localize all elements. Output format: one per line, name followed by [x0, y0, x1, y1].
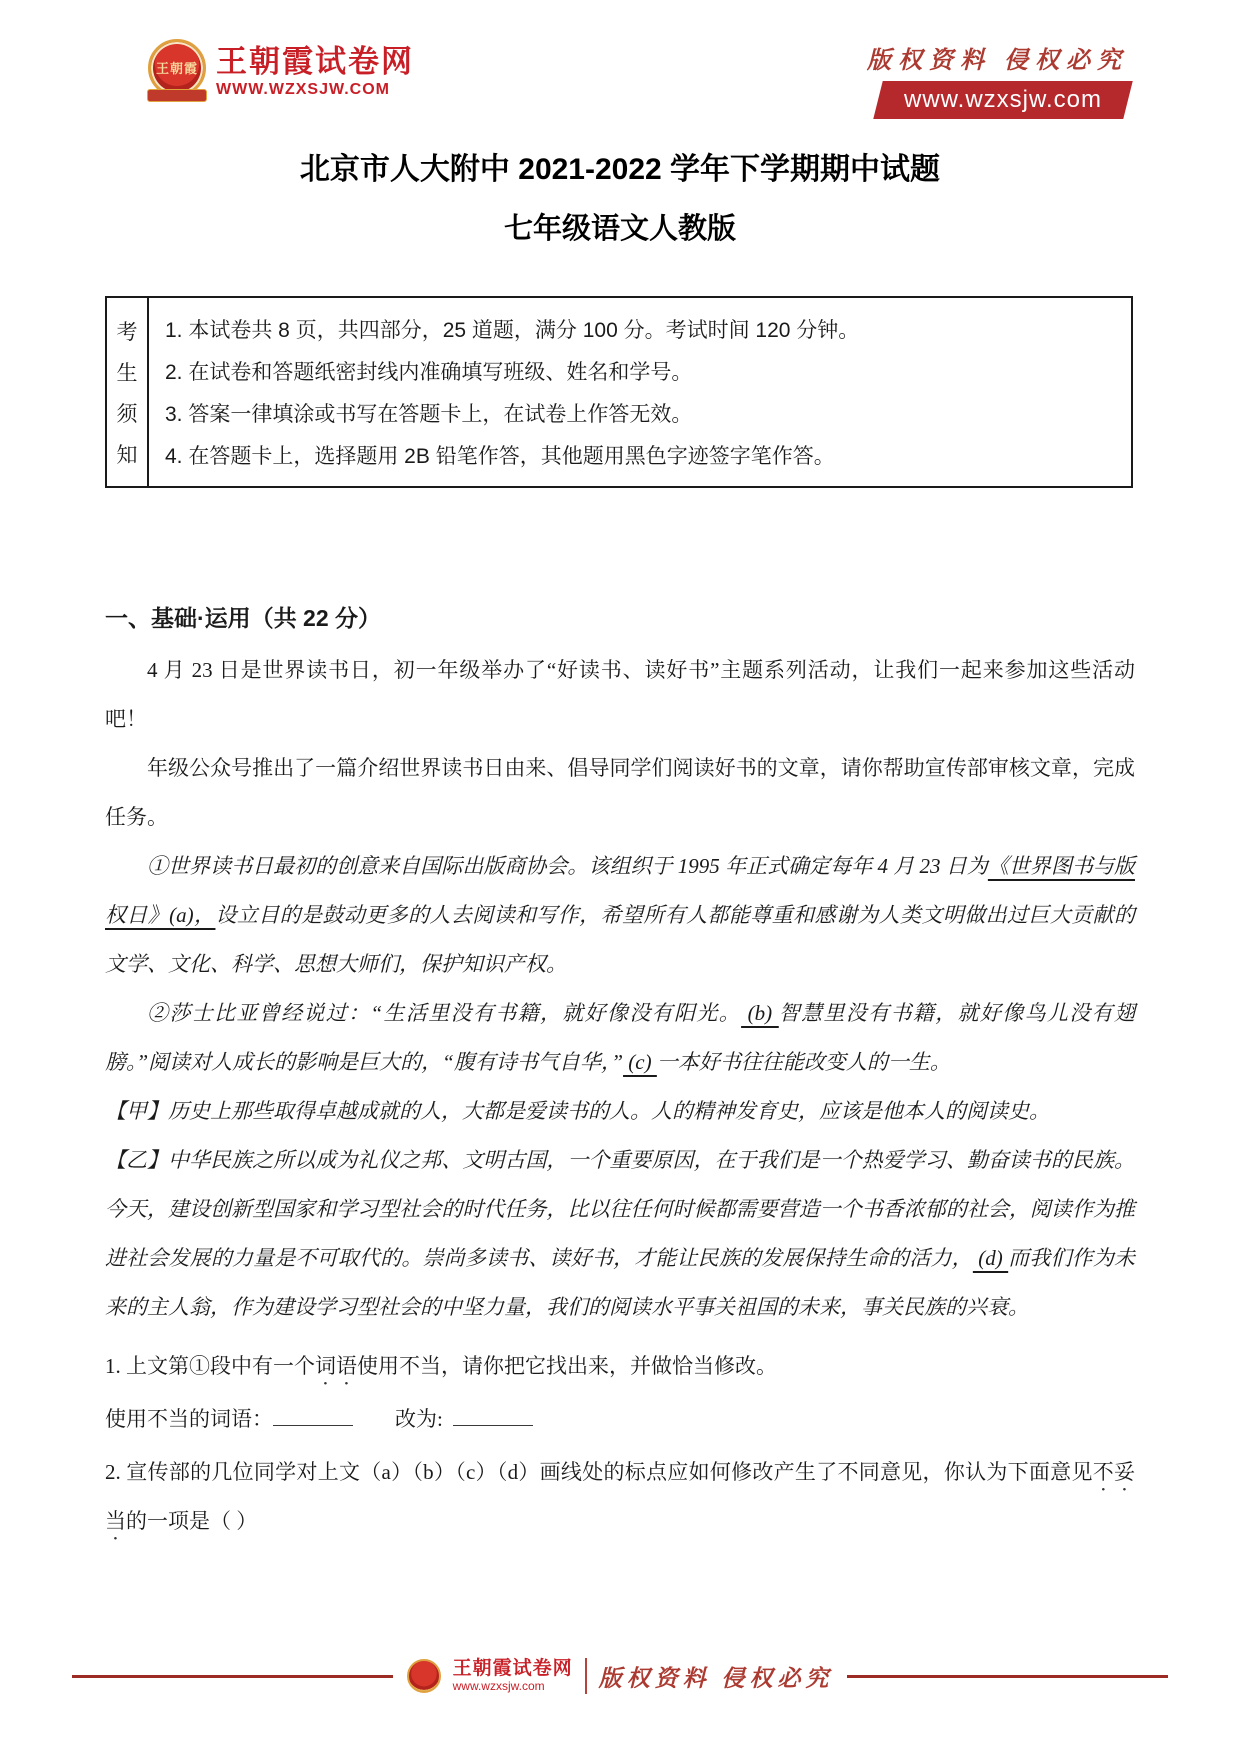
- url-banner-text: www.wzxsjw.com: [904, 86, 1102, 114]
- copyright-block: 版权资料 侵权必究 www.wzxsjw.com: [867, 36, 1128, 119]
- notice-label-char: 须: [117, 398, 138, 428]
- footer-brand-name: 王朝霞试卷网: [453, 1659, 573, 1680]
- section-heading: 一、基础·运用（共 22 分）: [105, 598, 1135, 638]
- notice-label-char: 生: [117, 357, 138, 387]
- question-2: 2. 宣传部的几位同学对上文（a）（b）（c）（d）画线处的标点应如何修改产生了…: [105, 1448, 1135, 1546]
- page-header: 王朝霞 王朝霞试卷网 WWW.WZXSJW.COM 版权资料 侵权必究 www.…: [148, 36, 1128, 119]
- question-1: 1. 上文第①段中有一个词语使用不当，请你把它找出来，并做恰当修改。: [105, 1342, 1135, 1391]
- notice-item: 2. 在试卷和答题纸密封线内准确填写班级、姓名和学号。: [165, 356, 1115, 386]
- footer-rule-left: [72, 1675, 393, 1678]
- notice-item: 3. 答案一律填涂或书写在答题卡上，在试卷上作答无效。: [165, 398, 1115, 428]
- footer-brand-url: www.wzxsjw.com: [453, 1680, 573, 1693]
- notice-label-char: 考: [117, 316, 138, 346]
- footer-divider: [585, 1658, 587, 1694]
- blank-label-2: 改为:: [395, 1407, 443, 1431]
- intro-paragraph-2: 年级公众号推出了一篇介绍世界读书日由来、倡导同学们阅读好书的文章，请你帮助宣传部…: [105, 744, 1135, 842]
- question-1-answer-row: 使用不当的词语：改为:: [105, 1395, 1135, 1444]
- underlined-c: (c): [623, 1050, 657, 1074]
- answer-blank-2: [453, 1403, 533, 1426]
- article-paragraph-1: ①世界读书日最初的创意来自国际出版商协会。该组织于 1995 年正式确定每年 4…: [105, 842, 1135, 989]
- article-paragraph-2: ②莎士比亚曾经说过：“生活里没有书籍，就好像没有阳光。 (b) 智慧里没有书籍，…: [105, 989, 1135, 1087]
- footer-center: 王朝霞试卷网 www.wzxsjw.com 版权资料 侵权必究: [407, 1658, 834, 1694]
- brand-logo-ribbon: [147, 89, 207, 102]
- answer-blank-1: [273, 1403, 353, 1426]
- brand-url: WWW.WZXSJW.COM: [216, 81, 414, 99]
- notice-items: 1. 本试卷共 8 页，共四部分，25 道题，满分 100 分。考试时间 120…: [149, 298, 1131, 486]
- brand-name: 王朝霞试卷网: [216, 36, 414, 81]
- notice-label-char: 知: [117, 439, 138, 469]
- footer-brand-block: 王朝霞试卷网 www.wzxsjw.com: [453, 1659, 573, 1693]
- intro-paragraph-1: 4 月 23 日是世界读书日，初一年级举办了“好读书、读好书”主题系列活动，让我…: [105, 646, 1135, 744]
- notice-item: 4. 在答题卡上，选择题用 2B 铅笔作答，其他题用黑色字迹签字笔作答。: [165, 440, 1115, 470]
- article-paragraph-jia: 【甲】历史上那些取得卓越成就的人，大都是爱读书的人。人的精神发育史，应该是他本人…: [105, 1087, 1135, 1136]
- notice-item: 1. 本试卷共 8 页，共四部分，25 道题，满分 100 分。考试时间 120…: [165, 314, 1115, 344]
- brand-logo-icon: 王朝霞: [148, 39, 206, 97]
- underlined-b: (b): [741, 1001, 779, 1025]
- exam-subtitle: 七年级语文人教版: [0, 206, 1240, 247]
- notice-label-column: 考 生 须 知: [107, 298, 149, 486]
- page-footer: 王朝霞试卷网 www.wzxsjw.com 版权资料 侵权必究: [72, 1658, 1168, 1694]
- footer-logo-icon: [407, 1659, 441, 1693]
- brand-text-block: 王朝霞试卷网 WWW.WZXSJW.COM: [216, 36, 414, 99]
- emphasized-word: 词语: [315, 1354, 357, 1378]
- exam-body: 一、基础·运用（共 22 分） 4 月 23 日是世界读书日，初一年级举办了“好…: [105, 598, 1135, 1546]
- brand-logo-text: 王朝霞: [151, 42, 203, 94]
- copyright-slogan: 版权资料 侵权必究: [867, 40, 1128, 75]
- candidate-notice-box: 考 生 须 知 1. 本试卷共 8 页，共四部分，25 道题，满分 100 分。…: [105, 296, 1133, 488]
- url-banner: www.wzxsjw.com: [873, 81, 1133, 119]
- underlined-d: (d): [973, 1246, 1008, 1270]
- blank-label-1: 使用不当的词语：: [105, 1407, 273, 1431]
- footer-rule-right: [847, 1675, 1168, 1678]
- exam-paper-page: 王朝霞 王朝霞试卷网 WWW.WZXSJW.COM 版权资料 侵权必究 www.…: [0, 0, 1240, 1753]
- exam-title: 北京市人大附中 2021-2022 学年下学期期中试题: [0, 144, 1240, 188]
- footer-slogan: 版权资料 侵权必究: [599, 1660, 834, 1693]
- article-paragraph-yi: 【乙】中华民族之所以成为礼仪之邦、文明古国，一个重要原因，在于我们是一个热爱学习…: [105, 1136, 1135, 1332]
- site-brand: 王朝霞 王朝霞试卷网 WWW.WZXSJW.COM: [148, 36, 414, 99]
